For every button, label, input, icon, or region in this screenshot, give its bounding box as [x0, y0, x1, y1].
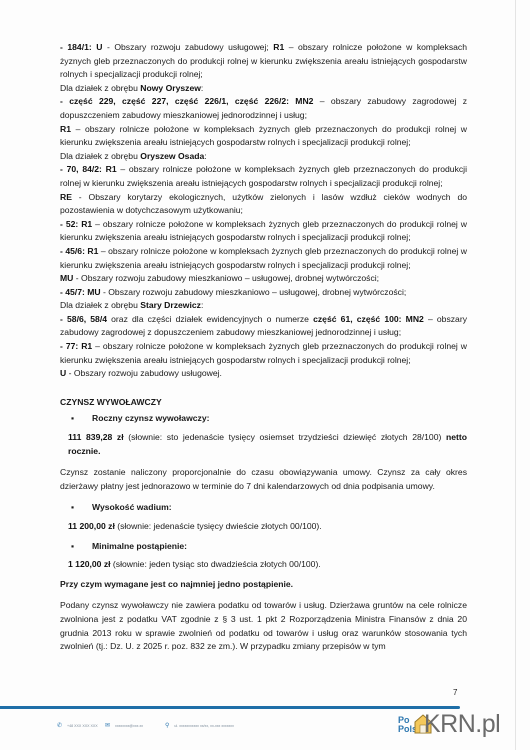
footer-rule [0, 706, 460, 709]
text: oraz dla części działek ewidencyjnych o … [107, 314, 313, 324]
footer-phone: ✆ +48 XXX XXX XXX [57, 722, 98, 729]
min-bid-value: 1 120,00 zł (słownie: jeden tysiąc sto d… [60, 558, 467, 572]
zoning-paragraph: Dla działek z obrębu Stary Drzewicz: [60, 299, 467, 313]
bold-text: część 61, część 100: MN2 [313, 314, 424, 324]
footer-address: ⚲ ul. xxxxxxxxxxx xx/xx, xx-xxx xxxxxxx [165, 722, 234, 729]
bullet-icon: ▪ [71, 501, 74, 515]
zoning-paragraph: - 184/1: U - Obszary rozwoju zabudowy us… [60, 41, 467, 82]
bold-text: Oryszew Osada [140, 151, 204, 161]
text: : [201, 83, 203, 93]
rent-note: Czynsz zostanie naliczony proporcjonalni… [60, 466, 467, 493]
bold-text: - 77: R1 [60, 341, 92, 351]
footer-phone-text: +48 XXX XXX XXX [67, 724, 98, 728]
deposit-words: (słownie: jedenaście tysięcy dwieście zł… [115, 521, 322, 531]
bullet-min-bid: ▪ Minimalne postąpienie: [60, 540, 467, 554]
bullet-icon: ▪ [71, 412, 74, 426]
text: : [204, 151, 206, 161]
annual-rent-amount: 111 839,28 zł [68, 432, 124, 442]
annual-rent-words: (słownie: sto jedenaście tysięcy osiemse… [124, 432, 446, 442]
zoning-paragraph: RE - Obszary korytarzy ekologicznych, uż… [60, 191, 467, 218]
text: - Obszary rozwoju zabudowy usługowej. [66, 368, 222, 378]
min-bid-words: (słownie: jeden tysiąc sto dwadzieścia z… [111, 559, 321, 569]
bold-text: R1 [60, 124, 71, 134]
zoning-paragraph: - 52: R1 – obszary rolnicze położone w k… [60, 218, 467, 245]
document-body: - 184/1: U - Obszary rozwoju zabudowy us… [60, 41, 467, 654]
bold-text: - 70, 84/2: R1 [60, 164, 117, 174]
text: Dla działek z obrębu [60, 300, 140, 310]
bold-text: - 58/6, 58/4 [60, 314, 107, 324]
text: - Obszary korytarzy ekologicznych, użytk… [60, 192, 467, 216]
bold-text: RE [60, 192, 72, 202]
text: - Obszary rozwoju zabudowy mieszkaniowo … [101, 287, 407, 297]
text: – obszary rolnicze położone w kompleksac… [60, 164, 467, 188]
footer-address-text: ul. xxxxxxxxxxx xx/xx, xx-xxx xxxxxxx [174, 724, 234, 728]
zoning-paragraph: - 70, 84/2: R1 – obszary rolnicze położo… [60, 163, 467, 190]
min-bid-label: Minimalne postąpienie: [92, 541, 187, 551]
bold-text: R1 [273, 42, 284, 52]
document-page: - 184/1: U - Obszary rozwoju zabudowy us… [0, 0, 530, 750]
deposit-amount: 11 200,00 zł [68, 521, 115, 531]
text: - Obszary rozwoju zabudowy usługowej; [102, 42, 273, 52]
bold-text: - 45/7: MU [60, 287, 101, 297]
bullet-annual-rent: ▪ Roczny czynsz wywoławczy: [60, 412, 467, 426]
bold-text: MU [60, 273, 73, 283]
footer-email-text[interactable]: xxxxxxxx@xxx.xx [115, 724, 143, 728]
text: – obszary rolnicze położone w kompleksac… [60, 341, 467, 365]
bullet-icon: ▪ [71, 540, 74, 554]
zoning-paragraph: - część 229, część 227, część 226/1, czę… [60, 95, 467, 122]
bold-text: - 45/6: R1 [60, 246, 98, 256]
zoning-paragraph: - 77: R1 – obszary rolnicze położone w k… [60, 340, 467, 367]
page-number: 7 [453, 688, 457, 697]
zoning-paragraph: - 58/6, 58/4 oraz dla części działek ewi… [60, 313, 467, 340]
text: - Obszary rozwoju zabudowy mieszkaniowo … [73, 273, 379, 283]
annual-rent-value: 111 839,28 zł (słownie: sto jedenaście t… [60, 431, 467, 458]
deposit-label: Wysokość wadium: [92, 502, 172, 512]
zoning-paragraph: R1 – obszary rolnicze położone w komplek… [60, 123, 467, 150]
annual-rent-label: Roczny czynsz wywoławczy: [92, 413, 209, 423]
bullet-deposit: ▪ Wysokość wadium: [60, 501, 467, 515]
deposit-value: 11 200,00 zł (słownie: jedenaście tysięc… [60, 520, 467, 534]
bold-text: Nowy Oryszew [140, 83, 201, 93]
text: : [201, 300, 203, 310]
envelope-icon: ✉ [105, 722, 110, 729]
bold-text: - 184/1: U [60, 42, 102, 52]
text: – obszary rolnicze położone w kompleksac… [60, 246, 467, 270]
watermark-krn: KRN.pl [424, 710, 500, 738]
text: – obszary rolnicze położone w kompleksac… [60, 219, 467, 243]
zoning-paragraph: U - Obszary rozwoju zabudowy usługowej. [60, 367, 467, 381]
zoning-paragraph: MU - Obszary rozwoju zabudowy mieszkanio… [60, 272, 467, 286]
phone-icon: ✆ [57, 722, 62, 729]
location-pin-icon: ⚲ [165, 722, 169, 729]
zoning-paragraph: - 45/7: MU - Obszary rozwoju zabudowy mi… [60, 286, 467, 300]
footer-email[interactable]: ✉ xxxxxxxx@xxx.xx [105, 722, 143, 729]
zoning-paragraph: Dla działek z obrębu Nowy Oryszew: [60, 82, 467, 96]
zoning-paragraph: Dla działek z obrębu Oryszew Osada: [60, 150, 467, 164]
page-edge [515, 0, 516, 750]
text: Dla działek z obrębu [60, 151, 140, 161]
bold-text: Stary Drzewicz [140, 300, 201, 310]
bold-text: - część 229, część 227, część 226/1, czę… [60, 96, 313, 106]
min-bid-amount: 1 120,00 zł [68, 559, 111, 569]
zoning-paragraph: - 45/6: R1 – obszary rolnicze położone w… [60, 245, 467, 272]
vat-note: Podany czynsz wywoławczy nie zawiera pod… [60, 599, 467, 653]
bold-text: - 52: R1 [60, 219, 92, 229]
text: Dla działek z obrębu [60, 83, 140, 93]
bid-requirement: Przy czym wymagane jest co najmniej jedn… [60, 578, 467, 592]
text: – obszary rolnicze położone w kompleksac… [60, 124, 467, 148]
zoning-paragraphs: - 184/1: U - Obszary rozwoju zabudowy us… [60, 41, 467, 381]
section-title-rent: CZYNSZ WYWOŁAWCZY [60, 396, 467, 410]
